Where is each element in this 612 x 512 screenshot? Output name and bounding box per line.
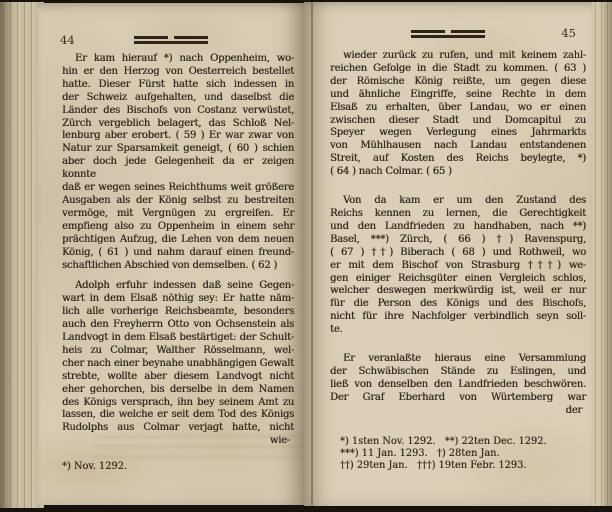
text-line: daß er wegen seines Reichthums weit größ… <box>62 182 294 195</box>
text-line: er mit dem Bischof von Strasburg †††) we… <box>330 260 586 273</box>
text-line: von Mühlhausen nach Landau entstandenen <box>330 140 586 153</box>
text-line: Länder des Bischofs von Costanz verwüste… <box>62 105 294 118</box>
text-line: prächtigen Aufzug, die Lehen von dem neu… <box>62 234 294 247</box>
text-line: lassen, die welche er seit dem Tod des K… <box>62 409 294 422</box>
text-line: wieder zurück zu rufen, und mit keinem z… <box>330 50 586 63</box>
text-line: Elsaß zu erhalten, über Landau, wo er ei… <box>330 102 586 115</box>
footnote-line: ***) 11 Jan. 1293. †) 28ten Jan. <box>340 448 547 460</box>
text-line: für die Person des Königs und des Bischo… <box>330 298 586 311</box>
ink-bleed-through <box>93 431 308 465</box>
text-line: König, ( 61 ) und nahm darauf einen freu… <box>62 247 294 260</box>
paragraph: Er kam hierauf *) nach Oppenheim, wo-hin… <box>62 53 294 272</box>
text-block-left: Er kam hierauf *) nach Oppenheim, wo-hin… <box>62 53 294 448</box>
paragraphs-left: Er kam hierauf *) nach Oppenheim, wo-hin… <box>62 53 294 435</box>
text-line: ( 64 ) nach Colmar. ( 65 ) <box>330 166 586 179</box>
text-line: Er kam hierauf *) nach Oppenheim, wo- <box>62 53 294 66</box>
text-line: reichen Gefolge in die Stadt zu kommen. … <box>330 63 586 76</box>
text-line: vermöge, mit Vergnügen zu ergreifen. Er <box>62 208 294 221</box>
ornament-top-bar <box>411 30 485 33</box>
paragraph: Adolph erfuhr indessen daß seine Gegen-w… <box>62 280 294 435</box>
footnotes-right: *) 1sten Nov. 1292. **) 22ten Dec. 1292.… <box>340 436 547 472</box>
text-line: Der Graf Eberhard von Würtemberg war <box>330 392 586 405</box>
page-number-left: 44 <box>60 33 75 47</box>
page-left: 44 Er kam hierauf *) nach Oppenheim, wo-… <box>38 3 304 505</box>
text-line: der Schwäbischen Stände zu Eslingen, und <box>330 366 586 379</box>
page-number-right: 45 <box>561 26 576 40</box>
text-line: strebte, wollte aber diesem Landvogt nic… <box>62 371 294 384</box>
paragraph: Er veranlaßte hieraus eine Versammlungde… <box>330 353 586 405</box>
text-line: cher nach einer beynahe unabhängigen Gew… <box>62 358 294 371</box>
text-line: lenburg aber erobert. ( 59 ) Er war zwar… <box>62 130 294 143</box>
catchword-right: der <box>330 405 586 418</box>
text-line: und ähnliche Eingriffe, seine Rechte in … <box>330 89 586 102</box>
text-line: gen einiger Reichsgüter einen Vergleich … <box>330 273 586 286</box>
text-line: Adolph erfuhr indessen daß seine Gegen- <box>62 280 294 293</box>
text-line: empfieng also zu Oppenheim in einem sehr <box>62 221 294 234</box>
text-line: schaftlichen Abschied von demselben. ( 6… <box>62 260 294 273</box>
book-photo: 44 Er kam hierauf *) nach Oppenheim, wo-… <box>0 0 612 512</box>
text-line: aber doch jede Gelegenheit da er zeigen … <box>62 156 294 182</box>
text-line: lich alle vorherige Reichsbeamte, besond… <box>62 306 294 319</box>
ornament-bottom-bar <box>134 41 208 44</box>
ornament-top-bar <box>134 36 208 39</box>
text-line: Basel, ***) Zürch, ( 66 ) †) Ravenspurg, <box>330 234 586 247</box>
ornament-bottom-bar <box>411 35 485 38</box>
paragraph: wieder zurück zu rufen, und mit keinem z… <box>330 50 586 179</box>
text-line: heis zu Colmar, Walther Rösselmann, wel- <box>62 345 294 358</box>
text-line: Zürch vergeblich belagert, das Schloß Ne… <box>62 118 294 131</box>
footnote-line: *) 1sten Nov. 1292. **) 22ten Dec. 1292. <box>340 436 547 448</box>
text-line: Er veranlaßte hieraus eine Versammlung <box>330 353 586 366</box>
text-line: und den Landfrieden zu handhaben, nach *… <box>330 221 586 234</box>
text-line: ( 67 ) ††) Biberach ( 68 ) und Rothweil,… <box>330 247 586 260</box>
text-line: Natur zur Sparsamkeit geneigt, ( 60 ) sc… <box>62 143 294 156</box>
text-line: auch den Freyherrn Otto von Ochsenstein … <box>62 319 294 332</box>
text-line: ließ von denselben den Landfrieden besch… <box>330 379 586 392</box>
text-block-right: wieder zurück zu rufen, und mit keinem z… <box>330 50 586 418</box>
text-line: Ausgaben als der König selbst zu bestrei… <box>62 195 294 208</box>
text-line: Speyer wegen Verlegung eines Jahrmarkts <box>330 127 586 140</box>
text-line: Streit, auf Kosten des Reichs beylegte, … <box>330 153 586 166</box>
footnote-line: ††) 29ten Jan. †††) 19ten Febr. 1293. <box>340 460 547 472</box>
text-line: wart in dem Elsaß nöthig sey: Er hatte n… <box>62 293 294 306</box>
text-line: Landvogt in dem Elsaß bestärtiget: der S… <box>62 332 294 345</box>
paragraphs-right: wieder zurück zu rufen, und mit keinem z… <box>330 50 586 405</box>
text-line: welcher deswegen merkwürdig ist, weil er… <box>330 285 586 298</box>
text-line: hin er den Herzog von Oesterreich bestel… <box>62 66 294 79</box>
text-line: der Schweiz aufgehalten, und daselbst di… <box>62 92 294 105</box>
page-right: 45 wieder zurück zu rufen, und mit keine… <box>304 2 592 506</box>
header-rule-ornament-right <box>411 30 485 38</box>
paragraph: Von da kam er um den Zustand desReichs k… <box>330 195 586 337</box>
text-line: eher gehorchen, bis derselbe in dem Name… <box>62 384 294 397</box>
text-line: hatte. Dieser Fürst hatte sich indessen … <box>62 79 294 92</box>
text-line: des Königs versprach, ihn bey seinem Amt… <box>62 397 294 410</box>
text-line: der Römische König reißte, um gegen dies… <box>330 76 586 89</box>
page-edges-right <box>592 2 612 506</box>
text-line: Von da kam er um den Zustand des <box>330 195 586 208</box>
text-line: te. <box>330 324 586 337</box>
text-line: zwischen dieser Stadt und Domcapitul zu <box>330 115 586 128</box>
header-rule-ornament-left <box>134 36 208 44</box>
text-line: Reichs kennen zu lernen, die Gerechtigke… <box>330 208 586 221</box>
text-line: nicht für ihre Nachfolger verbindlich se… <box>330 311 586 324</box>
